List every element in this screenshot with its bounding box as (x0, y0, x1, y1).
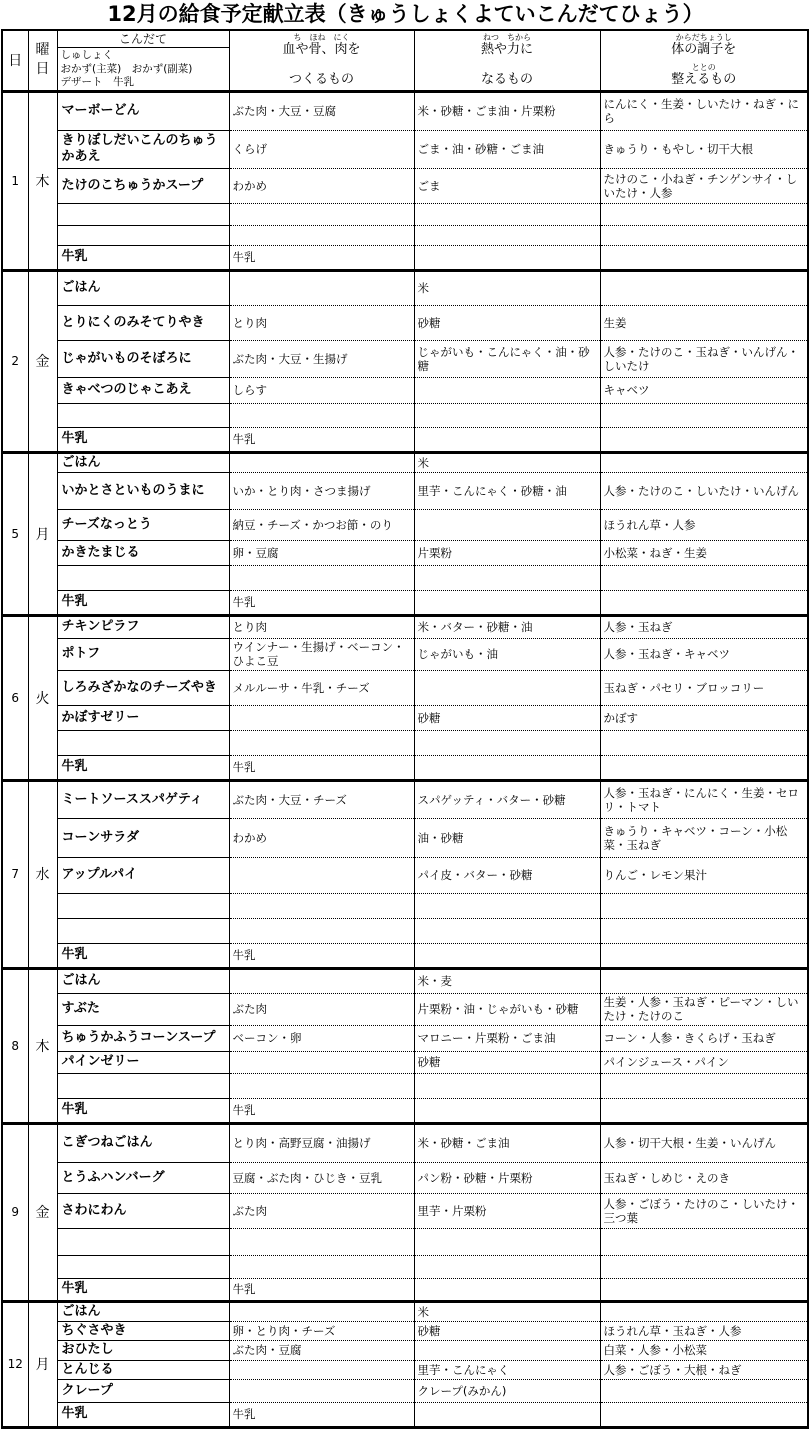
energy-ingredients-cell: 米 (414, 1301, 600, 1321)
header-energy-inner: ねつ ちから 熱や力に なるもの (415, 31, 600, 89)
menu-row (2, 1228, 808, 1255)
header-regulate-furigana2: ととの (601, 63, 808, 72)
weekday-label: 水 (28, 780, 57, 968)
regulate-ingredients-cell (600, 1073, 808, 1098)
header-protein-column: ち ほね にく 血や骨、肉を つくるもの (229, 30, 414, 91)
regulate-ingredients-cell: パインジュース・パイン (600, 1051, 808, 1073)
protein-ingredients-cell: ぶた肉 (229, 1193, 414, 1228)
dish-name-cell (57, 1255, 229, 1278)
energy-ingredients-cell (414, 377, 600, 403)
regulate-ingredients-cell: かぼす (600, 705, 808, 730)
energy-ingredients-cell: 砂糖 (414, 1051, 600, 1073)
dish-name-cell (57, 403, 229, 427)
regulate-ingredients-cell (600, 1278, 808, 1301)
energy-ingredients-cell (414, 590, 600, 615)
header-protein-top: ち ほね にく 血や骨、肉を (230, 33, 414, 57)
table-header: 日 曜日 こんだて しゅしょく おかず(主菜) おかず(副菜) デザート 牛乳 (2, 30, 808, 91)
energy-ingredients-cell (414, 730, 600, 755)
header-menu: こんだて しゅしょく おかず(主菜) おかず(副菜) デザート 牛乳 (57, 30, 229, 91)
weekday-label: 火 (28, 615, 57, 780)
menu-row: しろみざかなのチーズやきメルルーサ・牛乳・チーズ玉ねぎ・パセリ・ブロッコリー (2, 670, 808, 705)
day-number: 5 (2, 452, 28, 615)
menu-row: かきたまじる卵・豆腐片栗粉小松菜・ねぎ・生姜 (2, 540, 808, 565)
dish-name-cell: じゃがいものそぼろに (57, 340, 229, 377)
protein-ingredients-cell (229, 1301, 414, 1321)
regulate-ingredients-cell (600, 1098, 808, 1123)
header-regulate-top: からだちょうし 体の調子を (601, 33, 808, 57)
menu-row: クレープクレープ(みかん) (2, 1379, 808, 1402)
protein-ingredients-cell: ベーコン・卵 (229, 1025, 414, 1051)
regulate-ingredients-cell: ほうれん草・人参 (600, 509, 808, 540)
regulate-ingredients-cell (600, 1402, 808, 1427)
protein-ingredients-cell (229, 1360, 414, 1379)
header-menu-sub3: デザート 牛乳 (61, 76, 226, 90)
dish-name-cell: クレープ (57, 1379, 229, 1402)
energy-ingredients-cell (414, 245, 600, 270)
regulate-ingredients-cell: きゅうり・もやし・切干大根 (600, 130, 808, 168)
energy-ingredients-cell: 里芋・こんにゃく (414, 1360, 600, 1379)
menu-row (2, 203, 808, 225)
energy-ingredients-cell (414, 918, 600, 943)
header-row: 日 曜日 こんだて しゅしょく おかず(主菜) おかず(副菜) デザート 牛乳 (2, 30, 808, 91)
menu-row: アップルパイパイ皮・バター・砂糖りんご・レモン果汁 (2, 857, 808, 893)
energy-ingredients-cell: じゃがいも・油 (414, 638, 600, 670)
regulate-ingredients-cell (600, 1228, 808, 1255)
regulate-ingredients-cell: りんご・レモン果汁 (600, 857, 808, 893)
regulate-ingredients-cell (600, 245, 808, 270)
dish-name-cell: 牛乳 (57, 943, 229, 968)
header-energy-furigana: ねつ ちから (415, 33, 600, 42)
protein-ingredients-cell: 牛乳 (229, 943, 414, 968)
day-block: 7水ミートソーススパゲティぶた肉・大豆・チーズスパゲッティ・バター・砂糖人参・玉… (2, 780, 808, 968)
dish-name-cell: 牛乳 (57, 1402, 229, 1427)
energy-ingredients-cell: 米・麦 (414, 968, 600, 993)
menu-row: 牛乳牛乳 (2, 590, 808, 615)
menu-row: ちゅうかふうコーンスープベーコン・卵マロニー・片栗粉・ごま油コーン・人参・きくら… (2, 1025, 808, 1051)
menu-row: おひたしぶた肉・豆腐白菜・人参・小松菜 (2, 1340, 808, 1360)
regulate-ingredients-cell: 人参・ごぼう・大根・ねぎ (600, 1360, 808, 1379)
header-regulate-bottom: ととの 整えるもの (601, 63, 808, 87)
protein-ingredients-cell: いか・とり肉・さつま揚げ (229, 472, 414, 509)
dish-name-cell (57, 730, 229, 755)
protein-ingredients-cell (229, 857, 414, 893)
weekday-label: 月 (28, 1301, 57, 1427)
header-menu-sub1: しゅしょく (61, 49, 226, 63)
menu-row (2, 1073, 808, 1098)
protein-ingredients-cell (229, 270, 414, 305)
menu-row (2, 225, 808, 245)
energy-ingredients-cell: じゃがいも・こんにゃく・油・砂糖 (414, 340, 600, 377)
regulate-ingredients-cell: 人参・玉ねぎ・にんにく・生姜・セロリ・トマト (600, 780, 808, 818)
regulate-ingredients-cell: コーン・人参・きくらげ・玉ねぎ (600, 1025, 808, 1051)
energy-ingredients-cell: 米 (414, 270, 600, 305)
menu-row: とうふハンバーグ豆腐・ぶた肉・ひじき・豆乳パン粉・砂糖・片栗粉玉ねぎ・しめじ・え… (2, 1162, 808, 1193)
dish-name-cell: 牛乳 (57, 1098, 229, 1123)
protein-ingredients-cell: とり肉・高野豆腐・油揚げ (229, 1123, 414, 1162)
menu-row (2, 1255, 808, 1278)
energy-ingredients-cell: クレープ(みかん) (414, 1379, 600, 1402)
energy-ingredients-cell (414, 1228, 600, 1255)
dish-name-cell: とうふハンバーグ (57, 1162, 229, 1193)
regulate-ingredients-cell: 人参・玉ねぎ (600, 615, 808, 638)
energy-ingredients-cell (414, 203, 600, 225)
menu-row: パインゼリー砂糖パインジュース・パイン (2, 1051, 808, 1073)
regulate-ingredients-cell: ほうれん草・玉ねぎ・人参 (600, 1321, 808, 1340)
energy-ingredients-cell: ごま (414, 168, 600, 203)
menu-row: 12月ごはん米 (2, 1301, 808, 1321)
dish-name-cell: パインゼリー (57, 1051, 229, 1073)
day-number: 7 (2, 780, 28, 968)
energy-ingredients-cell: 米 (414, 452, 600, 472)
header-weekday-label: 曜日 (36, 41, 50, 79)
menu-row: じゃがいものそぼろにぶた肉・大豆・生揚げじゃがいも・こんにゃく・油・砂糖人参・た… (2, 340, 808, 377)
protein-ingredients-cell (229, 1228, 414, 1255)
energy-ingredients-cell (414, 1278, 600, 1301)
day-number: 8 (2, 968, 28, 1123)
regulate-ingredients-cell: 人参・たけのこ・玉ねぎ・いんげん・しいたけ (600, 340, 808, 377)
protein-ingredients-cell (229, 203, 414, 225)
menu-row: 牛乳牛乳 (2, 755, 808, 780)
energy-ingredients-cell: 里芋・こんにゃく・砂糖・油 (414, 472, 600, 509)
protein-ingredients-cell (229, 918, 414, 943)
dish-name-cell: ポトフ (57, 638, 229, 670)
dish-name-cell: ごはん (57, 1301, 229, 1321)
regulate-ingredients-cell (600, 730, 808, 755)
protein-ingredients-cell: 牛乳 (229, 245, 414, 270)
protein-ingredients-cell: 豆腐・ぶた肉・ひじき・豆乳 (229, 1162, 414, 1193)
protein-ingredients-cell: 牛乳 (229, 590, 414, 615)
energy-ingredients-cell: 油・砂糖 (414, 818, 600, 857)
menu-row: 牛乳牛乳 (2, 1098, 808, 1123)
regulate-ingredients-cell: 人参・切干大根・生姜・いんげん (600, 1123, 808, 1162)
energy-ingredients-cell (414, 1255, 600, 1278)
energy-ingredients-cell: 米・バター・砂糖・油 (414, 615, 600, 638)
day-block: 12月ごはん米ちぐさやき卵・とり肉・チーズ砂糖ほうれん草・玉ねぎ・人参おひたしぶ… (2, 1301, 808, 1427)
day-number: 12 (2, 1301, 28, 1427)
regulate-ingredients-cell (600, 427, 808, 452)
menu-row: すぶたぶた肉片栗粉・油・じゃがいも・砂糖生姜・人参・玉ねぎ・ピーマン・しいたけ・… (2, 993, 808, 1025)
protein-ingredients-cell (229, 1051, 414, 1073)
dish-name-cell (57, 918, 229, 943)
energy-ingredients-cell: パイ皮・バター・砂糖 (414, 857, 600, 893)
regulate-ingredients-cell (600, 452, 808, 472)
menu-row: 8木ごはん米・麦 (2, 968, 808, 993)
protein-ingredients-cell: メルルーサ・牛乳・チーズ (229, 670, 414, 705)
dish-name-cell (57, 225, 229, 245)
energy-ingredients-cell (414, 427, 600, 452)
menu-row: 牛乳牛乳 (2, 1402, 808, 1427)
energy-ingredients-cell (414, 509, 600, 540)
protein-ingredients-cell: 牛乳 (229, 427, 414, 452)
protein-ingredients-cell (229, 225, 414, 245)
energy-ingredients-cell (414, 1402, 600, 1427)
protein-ingredients-cell: とり肉 (229, 615, 414, 638)
regulate-ingredients-cell: 生姜 (600, 305, 808, 340)
menu-row (2, 918, 808, 943)
dish-name-cell: 牛乳 (57, 755, 229, 780)
dish-name-cell: ちゅうかふうコーンスープ (57, 1025, 229, 1051)
day-number: 6 (2, 615, 28, 780)
dish-name-cell: ちぐさやき (57, 1321, 229, 1340)
dish-name-cell: たけのこちゅうかスープ (57, 168, 229, 203)
header-protein-bottom: つくるもの (230, 72, 414, 87)
day-block: 2金ごはん米とりにくのみそてりやきとり肉砂糖生姜じゃがいものそぼろにぶた肉・大豆… (2, 270, 808, 452)
regulate-ingredients-cell (600, 565, 808, 590)
header-protein-line1: 血や骨、肉を (230, 42, 414, 57)
energy-ingredients-cell: マロニー・片栗粉・ごま油 (414, 1025, 600, 1051)
dish-name-cell: かぼすゼリー (57, 705, 229, 730)
regulate-ingredients-cell (600, 203, 808, 225)
menu-row: チーズなっとう納豆・チーズ・かつお節・のりほうれん草・人参 (2, 509, 808, 540)
regulate-ingredients-cell (600, 1379, 808, 1402)
protein-ingredients-cell: ウインナー・生揚げ・ベーコン・ひよこ豆 (229, 638, 414, 670)
menu-row: 牛乳牛乳 (2, 1278, 808, 1301)
protein-ingredients-cell (229, 565, 414, 590)
energy-ingredients-cell: パン粉・砂糖・片栗粉 (414, 1162, 600, 1193)
day-block: 6火チキンピラフとり肉米・バター・砂糖・油人参・玉ねぎポトフウインナー・生揚げ・… (2, 615, 808, 780)
dish-name-cell: アップルパイ (57, 857, 229, 893)
menu-row: 7水ミートソーススパゲティぶた肉・大豆・チーズスパゲッティ・バター・砂糖人参・玉… (2, 780, 808, 818)
dish-name-cell: コーンサラダ (57, 818, 229, 857)
day-block: 5月ごはん米いかとさといものうまにいか・とり肉・さつま揚げ里芋・こんにゃく・砂糖… (2, 452, 808, 615)
energy-ingredients-cell (414, 565, 600, 590)
menu-row: たけのこちゅうかスープわかめごまたけのこ・小ねぎ・チンゲンサイ・しいたけ・人参 (2, 168, 808, 203)
weekday-label: 木 (28, 91, 57, 270)
dish-name-cell: ごはん (57, 270, 229, 305)
energy-ingredients-cell: 砂糖 (414, 305, 600, 340)
protein-ingredients-cell: ぶた肉・豆腐 (229, 1340, 414, 1360)
protein-ingredients-cell (229, 968, 414, 993)
day-block: 9金こぎつねごはんとり肉・高野豆腐・油揚げ米・砂糖・ごま油人参・切干大根・生姜・… (2, 1123, 808, 1301)
header-menu-label: こんだて (58, 31, 229, 48)
protein-ingredients-cell (229, 1379, 414, 1402)
regulate-ingredients-cell: にんにく・生姜・しいたけ・ねぎ・にら (600, 91, 808, 130)
protein-ingredients-cell: 牛乳 (229, 755, 414, 780)
header-energy-line2: なるもの (415, 72, 600, 87)
header-day: 日 (2, 30, 28, 91)
dish-name-cell (57, 1073, 229, 1098)
menu-row: とりにくのみそてりやきとり肉砂糖生姜 (2, 305, 808, 340)
energy-ingredients-cell (414, 403, 600, 427)
dish-name-cell: こぎつねごはん (57, 1123, 229, 1162)
header-regulate-column: からだちょうし 体の調子を ととの 整えるもの (600, 30, 808, 91)
energy-ingredients-cell: 里芋・片栗粉 (414, 1193, 600, 1228)
protein-ingredients-cell: ぶた肉 (229, 993, 414, 1025)
protein-ingredients-cell: ぶた肉・大豆・チーズ (229, 780, 414, 818)
energy-ingredients-cell: 片栗粉・油・じゃがいも・砂糖 (414, 993, 600, 1025)
menu-row: きゃべつのじゃこあえしらすキャベツ (2, 377, 808, 403)
day-number: 9 (2, 1123, 28, 1301)
protein-ingredients-cell: わかめ (229, 168, 414, 203)
dish-name-cell: ミートソーススパゲティ (57, 780, 229, 818)
protein-ingredients-cell: 牛乳 (229, 1278, 414, 1301)
protein-ingredients-cell: 納豆・チーズ・かつお節・のり (229, 509, 414, 540)
regulate-ingredients-cell: 白菜・人参・小松菜 (600, 1340, 808, 1360)
dish-name-cell: チーズなっとう (57, 509, 229, 540)
protein-ingredients-cell: 牛乳 (229, 1402, 414, 1427)
protein-ingredients-cell (229, 403, 414, 427)
protein-ingredients-cell: くらげ (229, 130, 414, 168)
protein-ingredients-cell: とり肉 (229, 305, 414, 340)
regulate-ingredients-cell (600, 225, 808, 245)
lunch-menu-page: 12月の給食予定献立表（きゅうしょくよていこんだてひょう） 日 曜日 こんだて … (0, 0, 811, 1429)
menu-table: 日 曜日 こんだて しゅしょく おかず(主菜) おかず(副菜) デザート 牛乳 (1, 29, 809, 1429)
menu-row: 6火チキンピラフとり肉米・バター・砂糖・油人参・玉ねぎ (2, 615, 808, 638)
menu-row: きりぼしだいこんのちゅうかあえくらげごま・油・砂糖・ごま油きゅうり・もやし・切干… (2, 130, 808, 168)
regulate-ingredients-cell (600, 943, 808, 968)
protein-ingredients-cell: しらす (229, 377, 414, 403)
protein-ingredients-cell: 牛乳 (229, 1098, 414, 1123)
regulate-ingredients-cell (600, 918, 808, 943)
menu-row: ポトフウインナー・生揚げ・ベーコン・ひよこ豆じゃがいも・油人参・玉ねぎ・キャベツ (2, 638, 808, 670)
header-energy-top: ねつ ちから 熱や力に (415, 33, 600, 57)
regulate-ingredients-cell (600, 1255, 808, 1278)
dish-name-cell: きゃべつのじゃこあえ (57, 377, 229, 403)
dish-name-cell (57, 565, 229, 590)
regulate-ingredients-cell (600, 1301, 808, 1321)
energy-ingredients-cell: スパゲッティ・バター・砂糖 (414, 780, 600, 818)
dish-name-cell: いかとさといものうまに (57, 472, 229, 509)
dish-name-cell: とりにくのみそてりやき (57, 305, 229, 340)
dish-name-cell (57, 203, 229, 225)
energy-ingredients-cell: 砂糖 (414, 1321, 600, 1340)
page-title: 12月の給食予定献立表（きゅうしょくよていこんだてひょう） (0, 0, 811, 29)
day-number: 2 (2, 270, 28, 452)
header-weekday: 曜日 (28, 30, 57, 91)
dish-name-cell: かきたまじる (57, 540, 229, 565)
menu-row: 牛乳牛乳 (2, 943, 808, 968)
menu-row: 1木マーボーどんぶた肉・大豆・豆腐米・砂糖・ごま油・片栗粉にんにく・生姜・しいた… (2, 91, 808, 130)
header-protein-inner: ち ほね にく 血や骨、肉を つくるもの (230, 31, 414, 89)
protein-ingredients-cell (229, 452, 414, 472)
header-regulate-inner: からだちょうし 体の調子を ととの 整えるもの (601, 31, 808, 89)
energy-ingredients-cell: 砂糖 (414, 705, 600, 730)
dish-name-cell (57, 1228, 229, 1255)
header-energy-bottom: なるもの (415, 72, 600, 87)
energy-ingredients-cell: 米・砂糖・ごま油・片栗粉 (414, 91, 600, 130)
protein-ingredients-cell: ぶた肉・大豆・豆腐 (229, 91, 414, 130)
protein-ingredients-cell: 卵・豆腐 (229, 540, 414, 565)
day-block: 1木マーボーどんぶた肉・大豆・豆腐米・砂糖・ごま油・片栗粉にんにく・生姜・しいた… (2, 91, 808, 270)
header-regulate-line2: 整えるもの (601, 72, 808, 87)
dish-name-cell: 牛乳 (57, 1278, 229, 1301)
energy-ingredients-cell: 片栗粉 (414, 540, 600, 565)
regulate-ingredients-cell (600, 270, 808, 305)
energy-ingredients-cell (414, 1073, 600, 1098)
header-menu-sub2: おかず(主菜) おかず(副菜) (61, 63, 226, 77)
energy-ingredients-cell (414, 670, 600, 705)
weekday-label: 金 (28, 1123, 57, 1301)
weekday-label: 月 (28, 452, 57, 615)
energy-ingredients-cell: 米・砂糖・ごま油 (414, 1123, 600, 1162)
dish-name-cell: 牛乳 (57, 427, 229, 452)
protein-ingredients-cell (229, 893, 414, 918)
regulate-ingredients-cell: 玉ねぎ・パセリ・ブロッコリー (600, 670, 808, 705)
energy-ingredients-cell (414, 1098, 600, 1123)
header-energy-column: ねつ ちから 熱や力に なるもの (414, 30, 600, 91)
menu-row (2, 893, 808, 918)
regulate-ingredients-cell (600, 893, 808, 918)
dish-name-cell: 牛乳 (57, 245, 229, 270)
header-energy-line1: 熱や力に (415, 42, 600, 57)
header-regulate-furigana1: からだちょうし (601, 33, 808, 42)
day-block: 8木ごはん米・麦すぶたぶた肉片栗粉・油・じゃがいも・砂糖生姜・人参・玉ねぎ・ピー… (2, 968, 808, 1123)
weekday-label: 木 (28, 968, 57, 1123)
regulate-ingredients-cell: 人参・ごぼう・たけのこ・しいたけ・三つ葉 (600, 1193, 808, 1228)
menu-row: かぼすゼリー砂糖かぼす (2, 705, 808, 730)
menu-row: コーンサラダわかめ油・砂糖きゅうり・キャベツ・コーン・小松菜・玉ねぎ (2, 818, 808, 857)
regulate-ingredients-cell: 小松菜・ねぎ・生姜 (600, 540, 808, 565)
menu-row: 2金ごはん米 (2, 270, 808, 305)
header-regulate-line1: 体の調子を (601, 42, 808, 57)
energy-ingredients-cell (414, 893, 600, 918)
protein-ingredients-cell (229, 1255, 414, 1278)
menu-row: いかとさといものうまにいか・とり肉・さつま揚げ里芋・こんにゃく・砂糖・油人参・た… (2, 472, 808, 509)
menu-row: ちぐさやき卵・とり肉・チーズ砂糖ほうれん草・玉ねぎ・人参 (2, 1321, 808, 1340)
dish-name-cell: ごはん (57, 452, 229, 472)
energy-ingredients-cell: ごま・油・砂糖・ごま油 (414, 130, 600, 168)
protein-ingredients-cell (229, 730, 414, 755)
energy-ingredients-cell (414, 1340, 600, 1360)
energy-ingredients-cell (414, 755, 600, 780)
menu-row: さわにわんぶた肉里芋・片栗粉人参・ごぼう・たけのこ・しいたけ・三つ葉 (2, 1193, 808, 1228)
regulate-ingredients-cell: 玉ねぎ・しめじ・えのき (600, 1162, 808, 1193)
menu-row (2, 565, 808, 590)
protein-ingredients-cell (229, 705, 414, 730)
protein-ingredients-cell: わかめ (229, 818, 414, 857)
regulate-ingredients-cell: 人参・玉ねぎ・キャベツ (600, 638, 808, 670)
regulate-ingredients-cell (600, 755, 808, 780)
dish-name-cell: おひたし (57, 1340, 229, 1360)
menu-row: とんじる里芋・こんにゃく人参・ごぼう・大根・ねぎ (2, 1360, 808, 1379)
dish-name-cell: マーボーどん (57, 91, 229, 130)
regulate-ingredients-cell (600, 590, 808, 615)
dish-name-cell: 牛乳 (57, 590, 229, 615)
protein-ingredients-cell (229, 1073, 414, 1098)
protein-ingredients-cell: 卵・とり肉・チーズ (229, 1321, 414, 1340)
regulate-ingredients-cell: 生姜・人参・玉ねぎ・ピーマン・しいたけ・たけのこ (600, 993, 808, 1025)
dish-name-cell: きりぼしだいこんのちゅうかあえ (57, 130, 229, 168)
dish-name-cell (57, 893, 229, 918)
header-protein-furigana: ち ほね にく (230, 33, 414, 42)
regulate-ingredients-cell: きゅうり・キャベツ・コーン・小松菜・玉ねぎ (600, 818, 808, 857)
menu-row: 9金こぎつねごはんとり肉・高野豆腐・油揚げ米・砂糖・ごま油人参・切干大根・生姜・… (2, 1123, 808, 1162)
protein-ingredients-cell: ぶた肉・大豆・生揚げ (229, 340, 414, 377)
regulate-ingredients-cell: 人参・たけのこ・しいたけ・いんげん (600, 472, 808, 509)
weekday-label: 金 (28, 270, 57, 452)
energy-ingredients-cell (414, 225, 600, 245)
dish-name-cell: ごはん (57, 968, 229, 993)
menu-row: 牛乳牛乳 (2, 427, 808, 452)
dish-name-cell: さわにわん (57, 1193, 229, 1228)
dish-name-cell: すぶた (57, 993, 229, 1025)
day-number: 1 (2, 91, 28, 270)
menu-row: 5月ごはん米 (2, 452, 808, 472)
regulate-ingredients-cell (600, 403, 808, 427)
regulate-ingredients-cell: たけのこ・小ねぎ・チンゲンサイ・しいたけ・人参 (600, 168, 808, 203)
regulate-ingredients-cell: キャベツ (600, 377, 808, 403)
dish-name-cell: チキンピラフ (57, 615, 229, 638)
energy-ingredients-cell (414, 943, 600, 968)
menu-row (2, 730, 808, 755)
menu-row: 牛乳牛乳 (2, 245, 808, 270)
dish-name-cell: とんじる (57, 1360, 229, 1379)
header-protein-line2: つくるもの (230, 72, 414, 87)
header-menu-sublines: しゅしょく おかず(主菜) おかず(副菜) デザート 牛乳 (58, 48, 229, 90)
dish-name-cell: しろみざかなのチーズやき (57, 670, 229, 705)
menu-row (2, 403, 808, 427)
regulate-ingredients-cell (600, 968, 808, 993)
